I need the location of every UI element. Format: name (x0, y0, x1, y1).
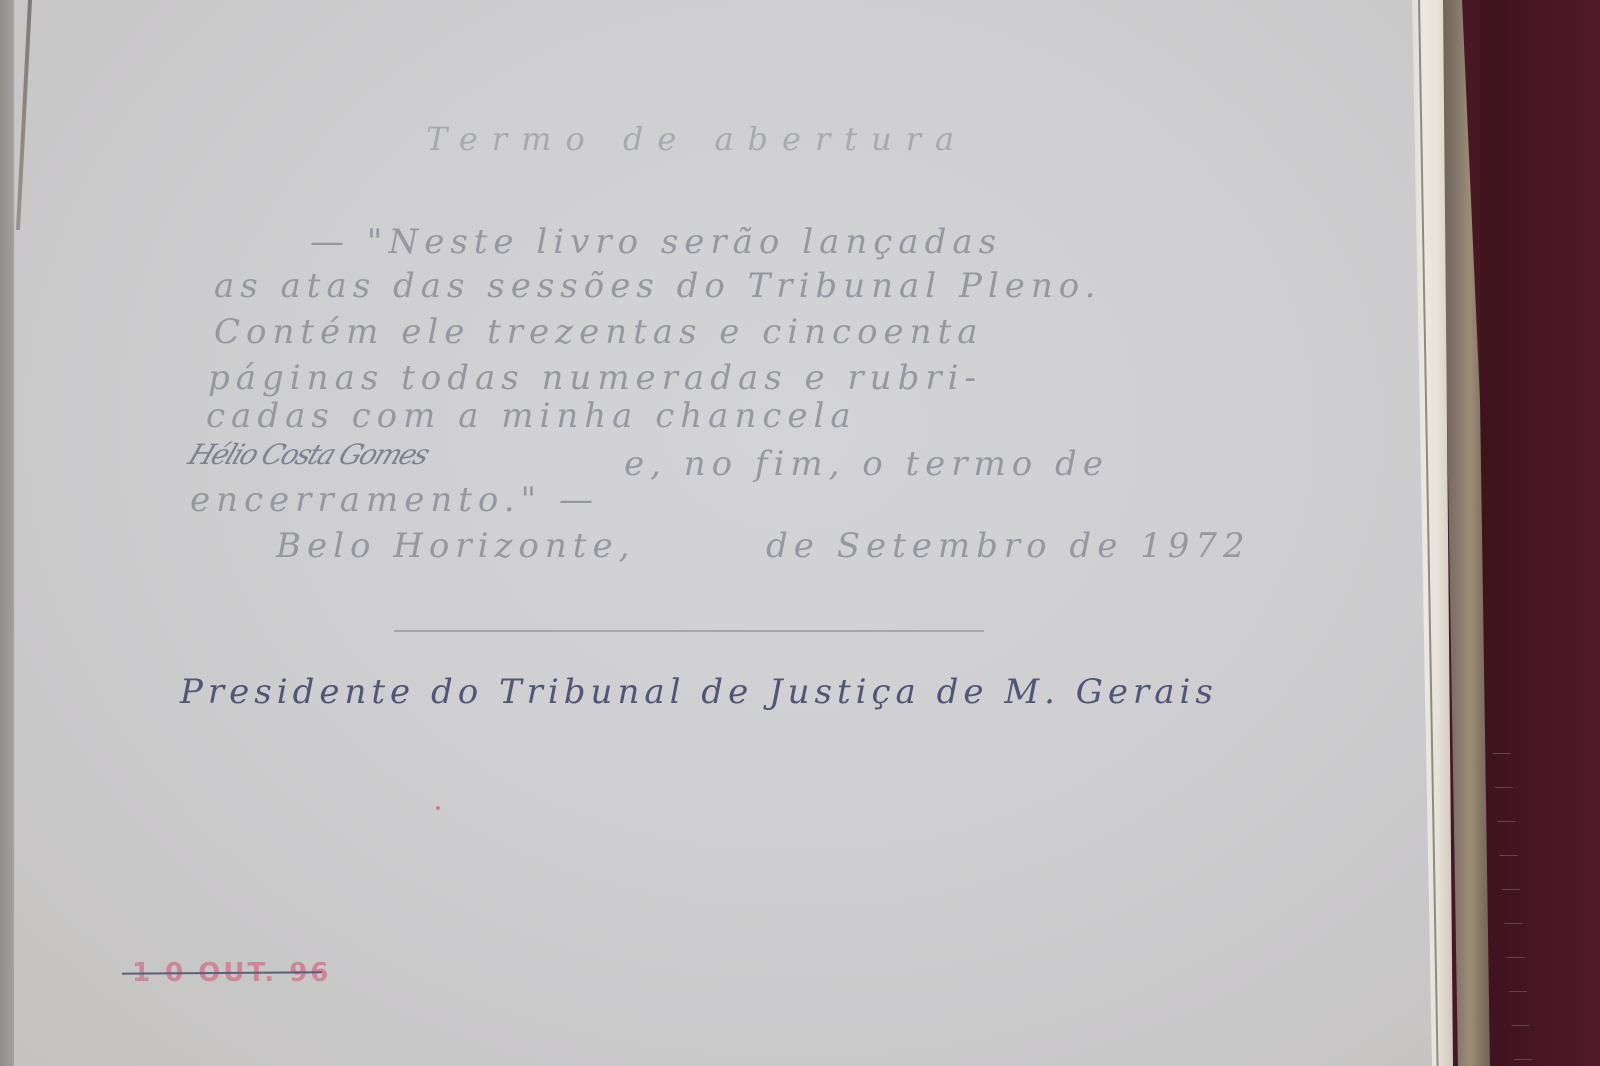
photo-scene: Termo de abertura — "Neste livro serão l… (0, 0, 1600, 1066)
signature-caption: Presidente do Tribunal de Justiça de M. … (180, 672, 1218, 712)
rubric-signature: Hélio Costa Gomes (184, 438, 433, 471)
document-title: Termo de abertura (426, 120, 968, 158)
left-edge-crease (16, 0, 32, 230)
date-value: de Setembro de 1972 (766, 526, 1251, 566)
body-line-6: e, no fim, o termo de (624, 444, 1109, 484)
maroon-backdrop (1480, 0, 1600, 1066)
body-line-5: cadas com a minha chancela (206, 396, 857, 436)
body-line-2: as atas das sessões do Tribunal Pleno. (214, 266, 1101, 306)
document-page: Termo de abertura — "Neste livro serão l… (14, 0, 1434, 1066)
date-place: Belo Horizonte, (276, 526, 635, 566)
body-line-3: Contém ele trezentas e cincoenta (214, 312, 984, 352)
signature-line (394, 630, 984, 632)
body-line-1: — "Neste livro serão lançadas (310, 222, 1002, 262)
body-line-4: páginas todas numeradas e rubri- (208, 358, 982, 398)
red-ink-dot (436, 806, 440, 810)
closing-line: encerramento." — (190, 480, 599, 520)
